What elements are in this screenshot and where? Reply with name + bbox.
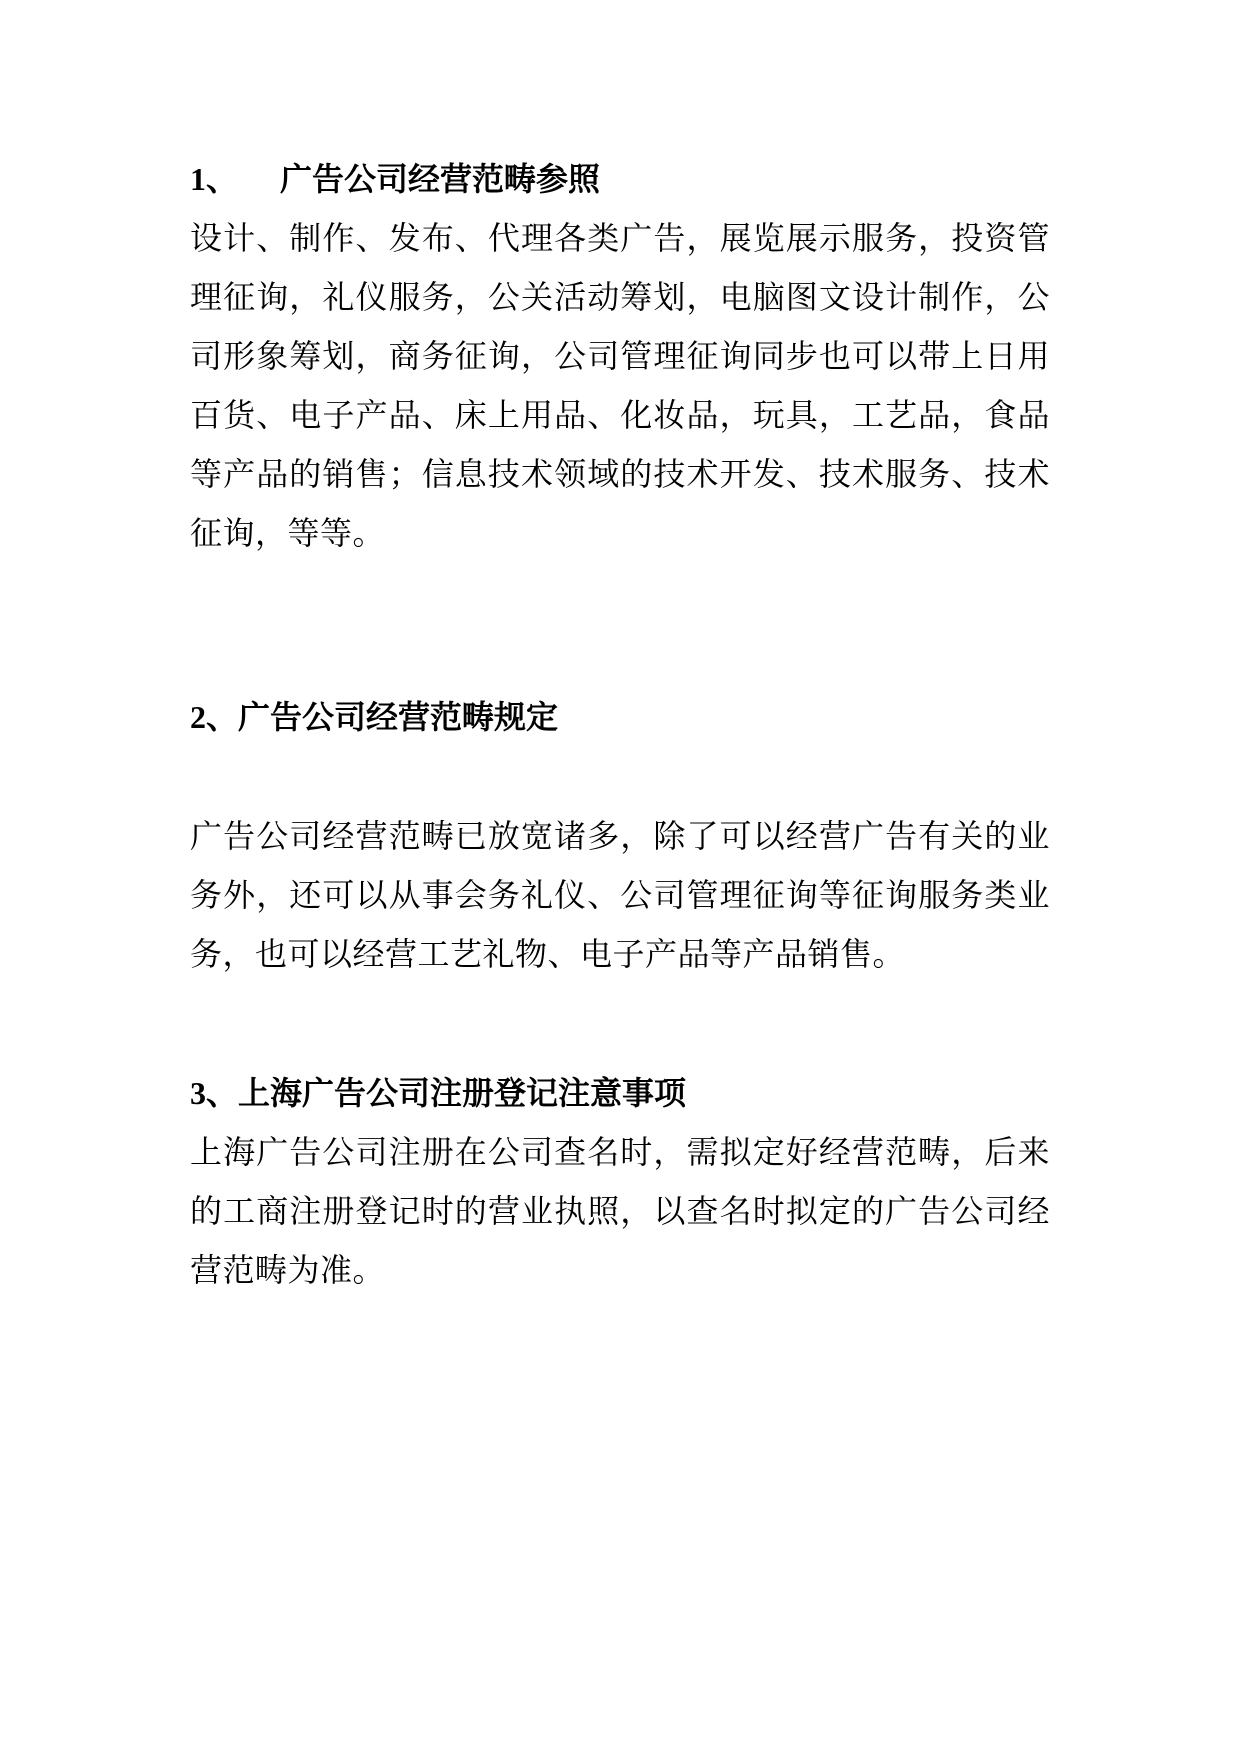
- section-3-heading: 3、上海广告公司注册登记注意事项: [190, 1064, 1050, 1123]
- section-3-number: 3、: [190, 1075, 238, 1111]
- section-1-heading: 1、广告公司经营范畴参照: [190, 150, 1050, 209]
- section-2-paragraph: 广告公司经营范畴已放宽诸多，除了可以经营广告有关的业务外，还可以从事会务礼仪、公…: [190, 807, 1050, 984]
- section-1-paragraph: 设计、制作、发布、代理各类广告，展览展示服务，投资管理征询，礼仪服务，公关活动筹…: [190, 209, 1050, 563]
- document-body: 1、广告公司经营范畴参照 设计、制作、发布、代理各类广告，展览展示服务，投资管理…: [0, 0, 1240, 1300]
- section-2-title: 广告公司经营范畴规定: [238, 699, 558, 735]
- document-page: 1、广告公司经营范畴参照 设计、制作、发布、代理各类广告，展览展示服务，投资管理…: [0, 0, 1240, 1753]
- section-3-title: 上海广告公司注册登记注意事项: [238, 1075, 686, 1111]
- section-1-title: 广告公司经营范畴参照: [280, 161, 600, 197]
- section-1-number: 1、: [190, 161, 238, 197]
- section-3-paragraph: 上海广告公司注册在公司查名时，需拟定好经营范畴，后来的工商注册登记时的营业执照，…: [190, 1123, 1050, 1300]
- section-2-heading: 2、广告公司经营范畴规定: [190, 688, 1050, 747]
- section-2-number: 2、: [190, 699, 238, 735]
